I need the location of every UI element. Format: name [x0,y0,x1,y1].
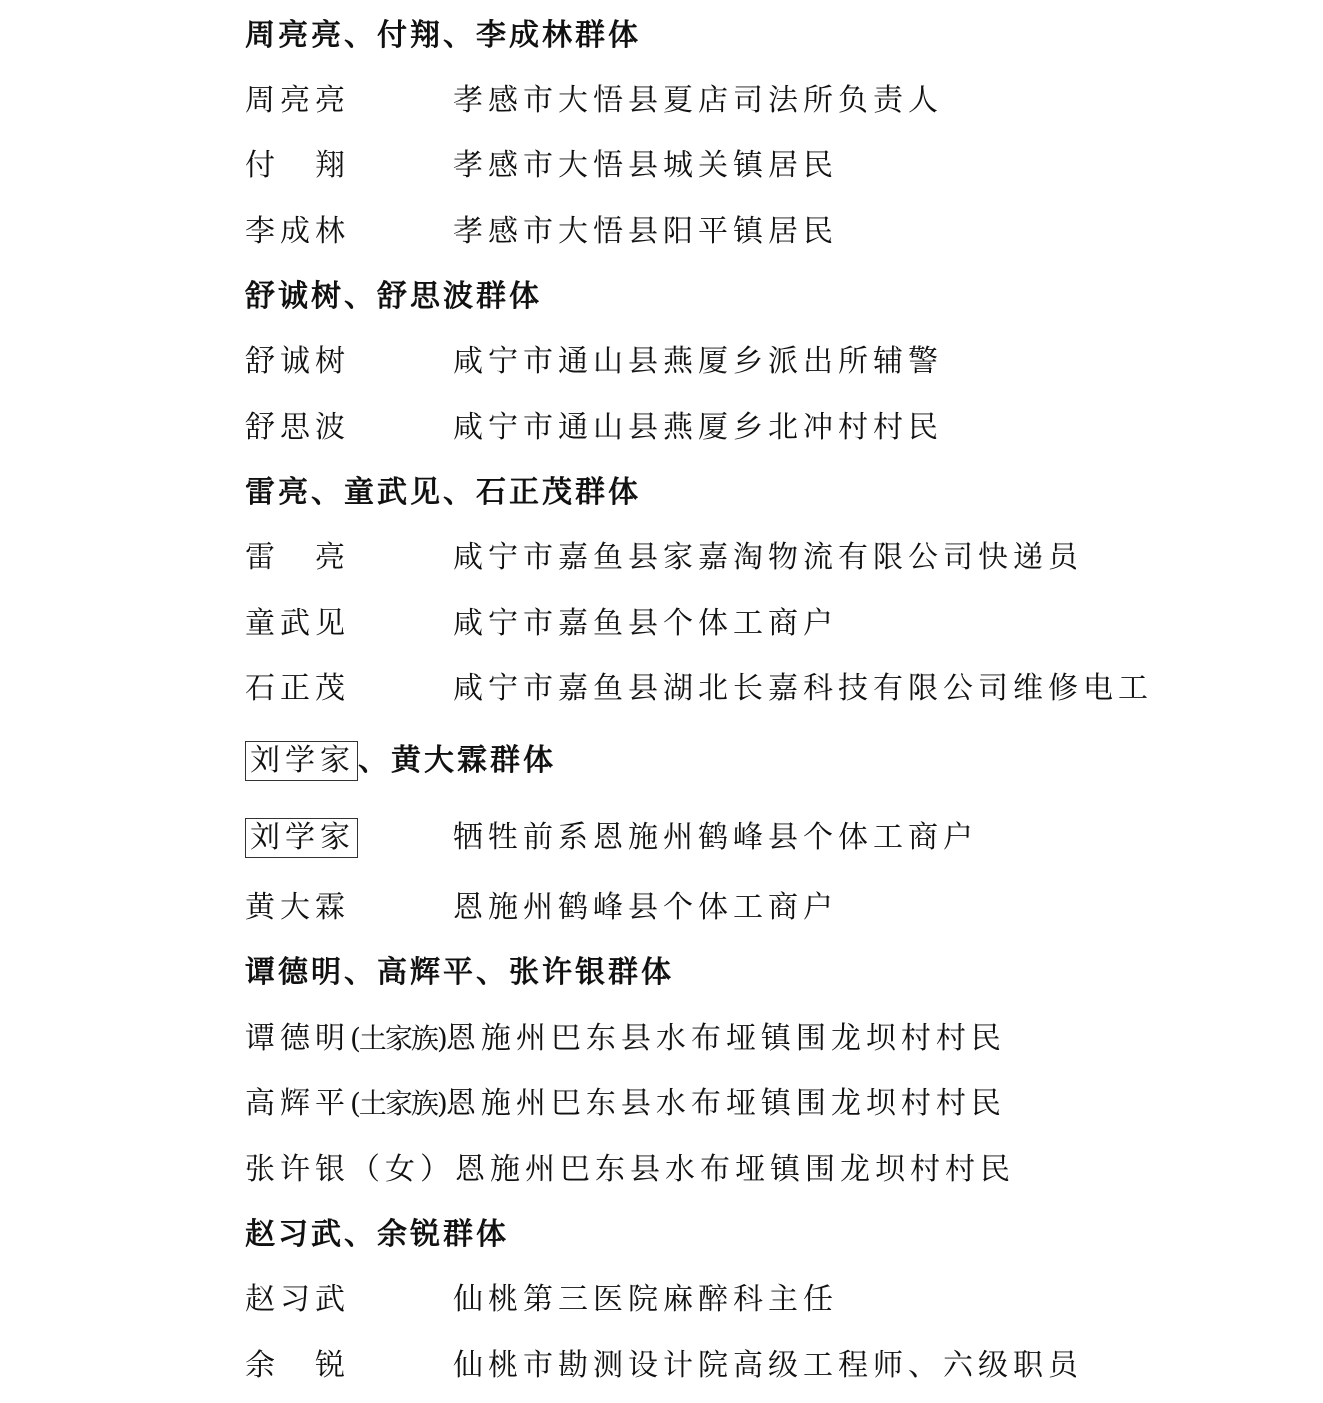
member-desc: 孝感市大悟县夏店司法所负责人 [453,83,943,119]
group-title: 谭德明、高辉平、张许银群体 [245,955,674,991]
member-desc: 仙桃第三医院麻醉科主任 [453,1282,838,1318]
member-row: 余 锐仙桃市勘测设计院高级工程师、六级职员 [245,1348,1083,1384]
member-name: 张许银 [245,1152,350,1187]
member-name: 黄大霖 [245,890,453,926]
group-title: 周亮亮、付翔、李成林群体 [245,18,641,54]
member-desc: 孝感市大悟县城关镇居民 [453,148,838,184]
member-desc: 恩施州巴东县水布垭镇围龙坝村村民 [446,1021,1006,1056]
member-row: 高辉平(土家族)恩施州巴东县水布垭镇围龙坝村村民 [245,1086,1006,1122]
member-name: 石正茂 [245,671,453,707]
member-row: 付 翔孝感市大悟县城关镇居民 [245,148,838,184]
member-name: 赵习武 [245,1282,453,1318]
member-desc: 仙桃市勘测设计院高级工程师、六级职员 [453,1348,1083,1384]
member-name: 谭德明 [245,1021,350,1056]
member-row: 舒思波咸宁市通山县燕厦乡北冲村村民 [245,410,943,446]
member-name: 舒诚树 [245,344,453,380]
member-desc: 恩施州巴东县水布垭镇围龙坝村村民 [455,1152,1015,1187]
member-name: 雷 亮 [245,540,453,576]
member-desc: 咸宁市通山县燕厦乡派出所辅警 [453,344,943,380]
member-desc: 咸宁市嘉鱼县家嘉淘物流有限公司快递员 [453,540,1083,576]
member-name: 周亮亮 [245,83,453,119]
member-row: 童武见咸宁市嘉鱼县个体工商户 [245,606,838,642]
member-desc: 恩施州巴东县水布垭镇围龙坝村村民 [446,1086,1006,1121]
member-row: 李成林孝感市大悟县阳平镇居民 [245,214,838,250]
member-row: 张许银（女）恩施州巴东县水布垭镇围龙坝村村民 [245,1152,1015,1188]
member-name: 李成林 [245,214,453,250]
group-title-rest: 、黄大霖群体 [358,743,556,778]
member-desc: 孝感市大悟县阳平镇居民 [453,214,838,250]
boxed-name: 刘学家 [245,818,358,858]
group-title: 赵习武、余锐群体 [245,1217,509,1253]
member-name-cell: 刘学家 [245,818,453,858]
boxed-name: 刘学家 [245,741,358,781]
member-desc: 恩施州鹤峰县个体工商户 [453,890,838,926]
member-row: 赵习武仙桃第三医院麻醉科主任 [245,1282,838,1318]
member-name: 付 翔 [245,148,453,184]
member-name: 高辉平 [245,1086,350,1121]
member-row: 周亮亮孝感市大悟县夏店司法所负责人 [245,83,943,119]
member-name: 童武见 [245,606,453,642]
member-name: 舒思波 [245,410,453,446]
member-name: 余 锐 [245,1348,453,1384]
member-note: (土家族) [350,1087,446,1120]
member-desc: 咸宁市嘉鱼县个体工商户 [453,606,838,642]
group-title: 雷亮、童武见、石正茂群体 [245,475,641,511]
member-note: (土家族) [350,1022,446,1055]
member-row: 黄大霖恩施州鹤峰县个体工商户 [245,890,838,926]
member-row: 雷 亮咸宁市嘉鱼县家嘉淘物流有限公司快递员 [245,540,1083,576]
group-title: 刘学家、黄大霖群体 [245,741,556,781]
member-row: 谭德明(土家族)恩施州巴东县水布垭镇围龙坝村村民 [245,1021,1006,1057]
member-note: （女） [350,1152,455,1187]
member-desc: 咸宁市通山县燕厦乡北冲村村民 [453,410,943,446]
member-row: 石正茂咸宁市嘉鱼县湖北长嘉科技有限公司维修电工 [245,671,1153,707]
member-row: 刘学家牺牲前系恩施州鹤峰县个体工商户 [245,818,978,858]
member-desc: 咸宁市嘉鱼县湖北长嘉科技有限公司维修电工 [453,671,1153,707]
member-row: 舒诚树咸宁市通山县燕厦乡派出所辅警 [245,344,943,380]
member-desc: 牺牲前系恩施州鹤峰县个体工商户 [453,820,978,856]
group-title: 舒诚树、舒思波群体 [245,279,542,315]
